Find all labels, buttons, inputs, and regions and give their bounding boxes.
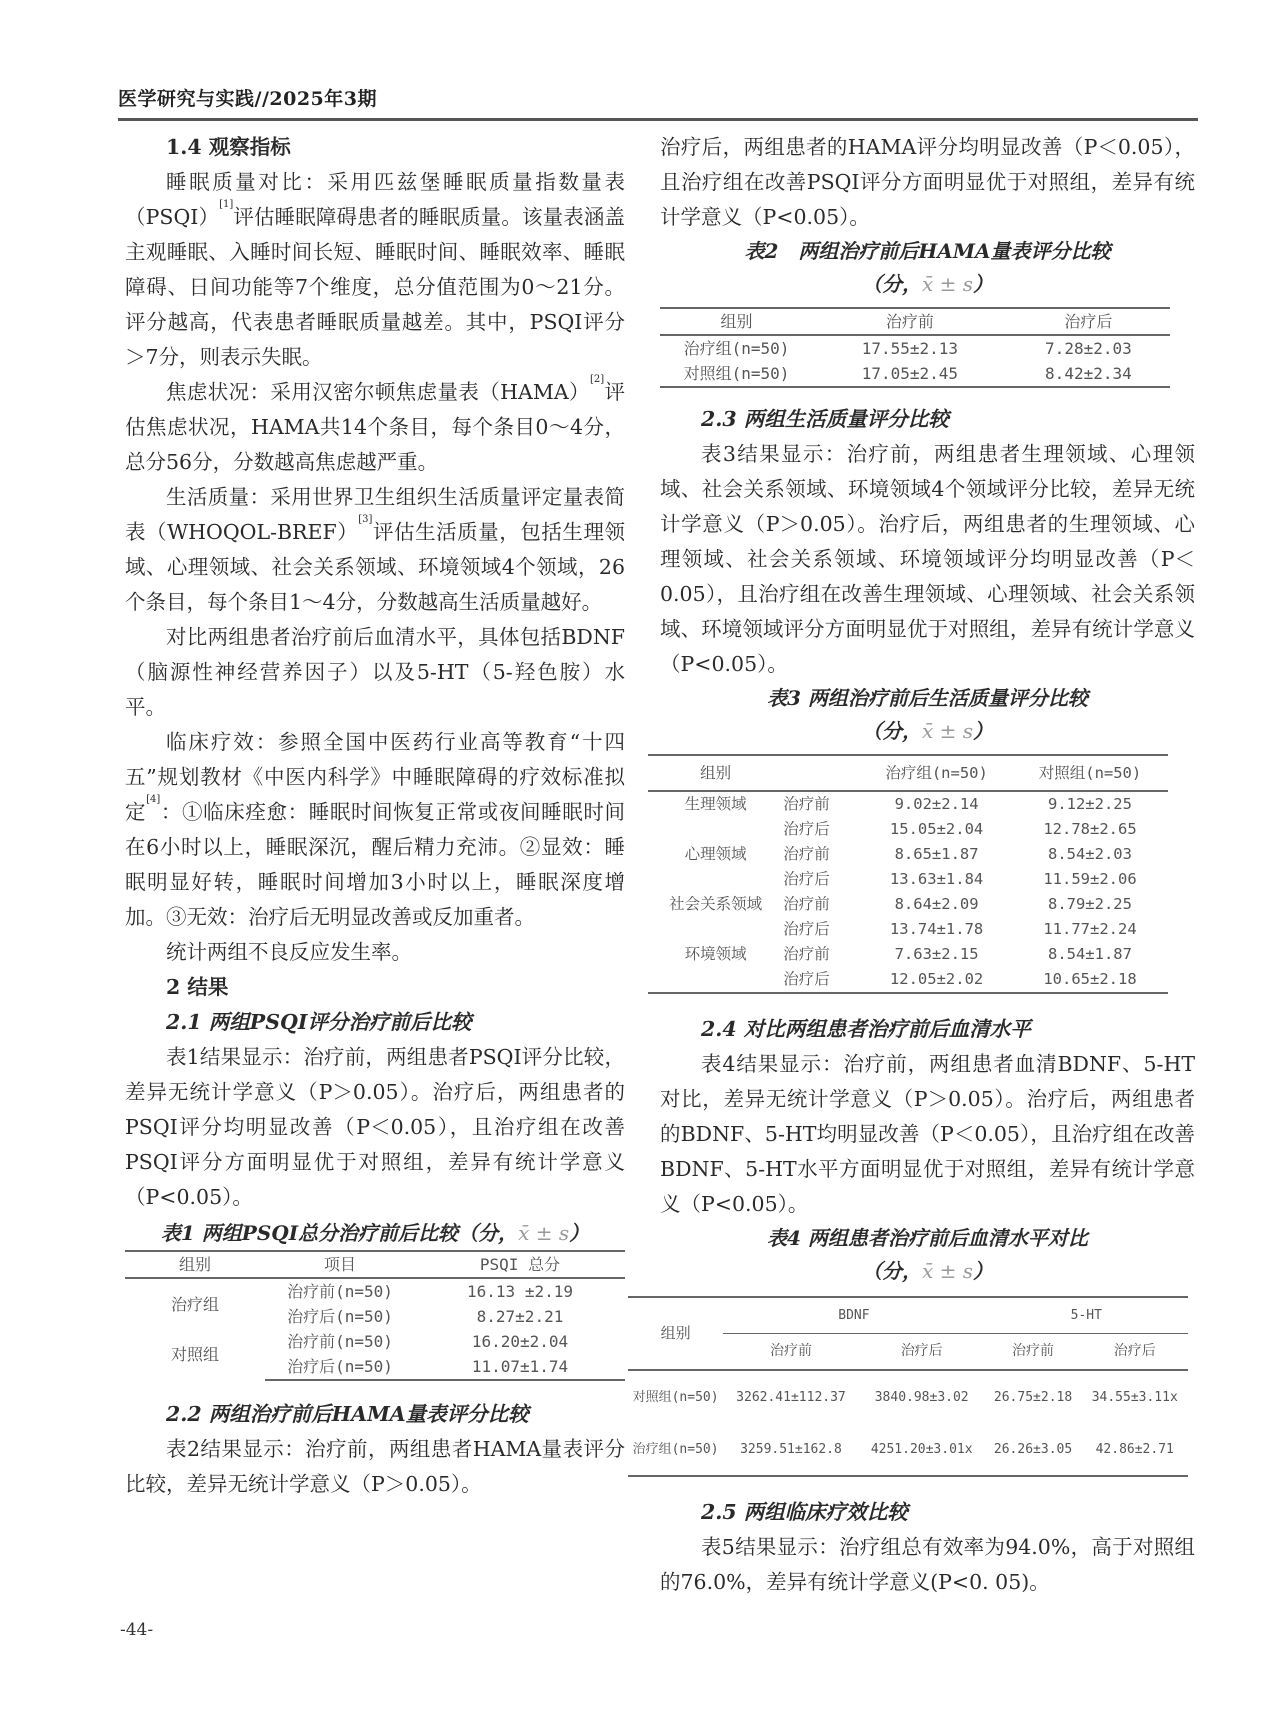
table1-header: 组别 — [125, 1251, 265, 1278]
journal-header: 医学研究与实践//2025年3期 — [118, 84, 377, 111]
left-column: 1.4 观察指标 睡眠质量对比：采用匹兹堡睡眠质量指数量表（PSQI）[1]评估… — [125, 130, 625, 1502]
table1-header: 项目 — [265, 1251, 415, 1278]
table-row: 生理领域治疗前9.02±2.149.12±2.25 — [648, 791, 1168, 817]
table3-quality-of-life: 组别 治疗组(n=50) 对照组(n=50) 生理领域治疗前9.02±2.149… — [648, 754, 1168, 994]
paragraph-2-2-continued: 治疗后，两组患者的HAMA评分均明显改善（P＜0.05），且治疗组在改善PSQI… — [660, 130, 1195, 235]
paragraph-sleep-quality: 睡眠质量对比：采用匹兹堡睡眠质量指数量表（PSQI）[1]评估睡眠障碍患者的睡眠… — [125, 165, 625, 375]
table3-caption: 表3 两组治疗前后生活质量评分比较 （分，x̄ ± s） — [660, 682, 1195, 748]
paragraph-anxiety: 焦虑状况：采用汉密尔顿焦虑量表（HAMA）[2]评估焦虑状况，HAMA共14个条… — [125, 375, 625, 480]
table-row: 治疗组治疗前(n=50)16.13 ±2.19 — [125, 1278, 625, 1304]
paragraph-2-1: 表1结果显示：治疗前，两组患者PSQI评分比较，差异无统计学意义（P＞0.05）… — [125, 1040, 625, 1215]
paragraph-2-4: 表4结果显示：治疗前，两组患者血清BDNF、5-HT对比，差异无统计学意义（P＞… — [660, 1047, 1195, 1222]
paragraph-2-3: 表3结果显示：治疗前，两组患者生理领域、心理领域、社会关系领域、环境领域4个领域… — [660, 437, 1195, 682]
table-row: 对照组(n=50)3262.41±112.373840.98±3.0226.75… — [628, 1370, 1188, 1423]
section-heading-2: 2 结果 — [125, 970, 625, 1005]
section-heading-1-4: 1.4 观察指标 — [125, 130, 625, 165]
paragraph-adverse: 统计两组不良反应发生率。 — [125, 935, 625, 970]
section-heading-2-3: 2.3 两组生活质量评分比较 — [660, 402, 1195, 437]
table2-hama: 组别 治疗前 治疗后 治疗组(n=50)17.55±2.137.28±2.03 … — [660, 307, 1170, 388]
table-row: 社会关系领域治疗前8.64±2.098.79±2.25 — [648, 892, 1168, 917]
table-row: 对照组治疗前(n=50)16.20±2.04 — [125, 1329, 625, 1354]
page-number: -44- — [120, 1620, 153, 1640]
table1-caption: 表1 两组PSQI总分治疗前后比较（分，x̄ ± s） — [125, 1217, 625, 1250]
section-heading-2-4: 2.4 对比两组患者治疗前后血清水平 — [660, 1012, 1195, 1047]
paragraph-serum: 对比两组患者治疗前后血清水平，具体包括BDNF（脑源性神经营养因子）以及5-HT… — [125, 620, 625, 725]
table-row: 治疗后13.63±1.8411.59±2.06 — [648, 867, 1168, 892]
table-row: 心理领域治疗前8.65±1.878.54±2.03 — [648, 842, 1168, 867]
section-heading-2-1: 2.1 两组PSQI评分治疗前后比较 — [125, 1005, 625, 1040]
table2-caption: 表2 两组治疗前后HAMA量表评分比较 （分，x̄ ± s） — [660, 235, 1195, 301]
section-heading-2-2: 2.2 两组治疗前后HAMA量表评分比较 — [125, 1397, 625, 1432]
table-row: 治疗后15.05±2.0412.78±2.65 — [648, 817, 1168, 842]
table4-serum: 组别 BDNF 5-HT 治疗前 治疗后 治疗前 治疗后 对照组(n=50)32… — [628, 1296, 1188, 1477]
paragraph-2-5: 表5结果显示：治疗组总有效率为94.0%，高于对照组的76.0%，差异有统计学意… — [660, 1530, 1195, 1600]
table-row: 治疗组(n=50)17.55±2.137.28±2.03 — [660, 335, 1170, 361]
table-row: 治疗组(n=50)3259.51±162.84251.20±3.01x26.26… — [628, 1423, 1188, 1476]
table4-caption: 表4 两组患者治疗前后血清水平对比 （分，x̄ ± s） — [660, 1222, 1195, 1288]
paragraph-2-2: 表2结果显示：治疗前，两组患者HAMA量表评分比较，差异无统计学意义（P＞0.0… — [125, 1432, 625, 1502]
header-rule — [118, 118, 1198, 121]
paragraph-efficacy: 临床疗效：参照全国中医药行业高等教育“十四五”规划教材《中医内科学》中睡眠障碍的… — [125, 725, 625, 935]
table1-header: PSQI 总分 — [415, 1251, 625, 1278]
table1-psqi: 组别 项目 PSQI 总分 治疗组治疗前(n=50)16.13 ±2.19 治疗… — [125, 1250, 625, 1381]
paragraph-quality-of-life: 生活质量：采用世界卫生组织生活质量评定量表简表（WHOQOL-BREF）[3]评… — [125, 480, 625, 620]
table-row: 对照组(n=50)17.05±2.458.42±2.34 — [660, 361, 1170, 387]
table-row: 环境领域治疗前7.63±2.158.54±1.87 — [648, 942, 1168, 967]
section-heading-2-5: 2.5 两组临床疗效比较 — [660, 1495, 1195, 1530]
table-row: 治疗后12.05±2.0210.65±2.18 — [648, 967, 1168, 993]
table-row: 治疗后13.74±1.7811.77±2.24 — [648, 917, 1168, 942]
right-column: 治疗后，两组患者的HAMA评分均明显改善（P＜0.05），且治疗组在改善PSQI… — [660, 130, 1195, 1600]
